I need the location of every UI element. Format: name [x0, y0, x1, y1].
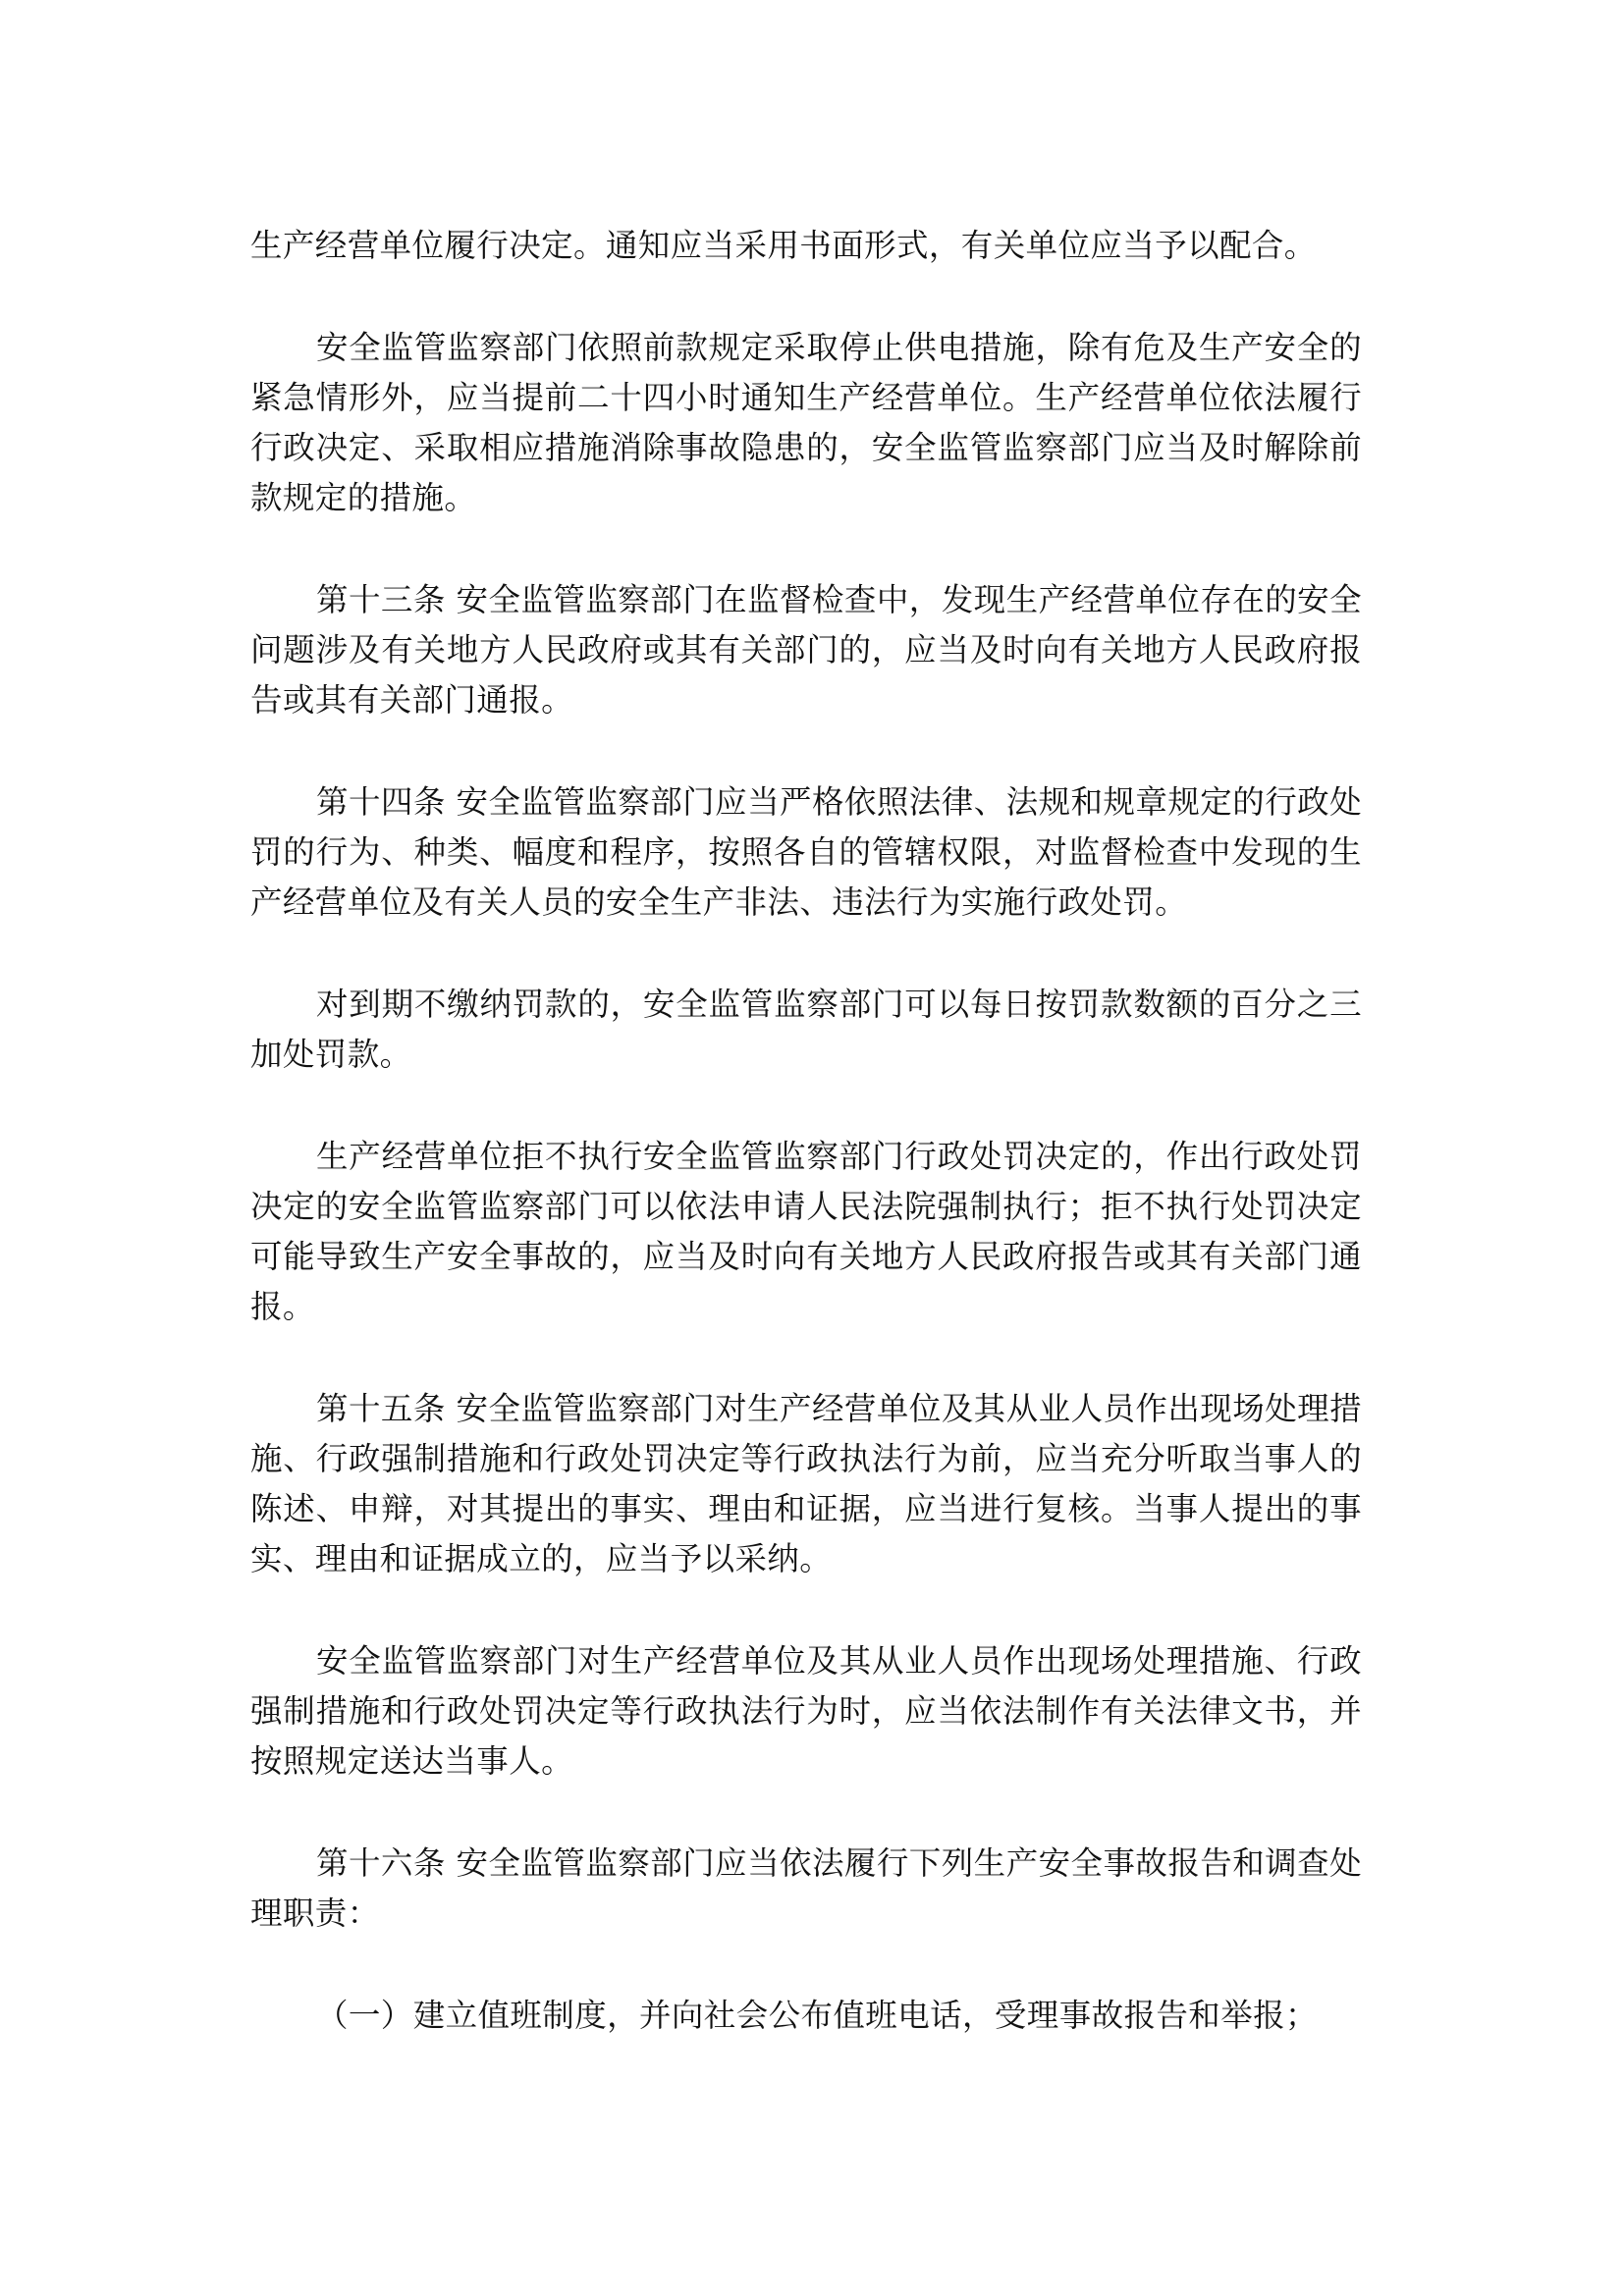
article-16-item-1: （一）建立值班制度，并向社会公布值班电话，受理事故报告和举报； [250, 1991, 1362, 2041]
article-13: 第十三条 安全监管监察部门在监督检查中，发现生产经营单位存在的安全问题涉及有关地… [250, 575, 1362, 725]
document-page: 生产经营单位履行决定。通知应当采用书面形式，有关单位应当予以配合。 安全监管监察… [250, 221, 1362, 2093]
paragraph-late-fine: 对到期不缴纳罚款的，安全监管监察部门可以每日按罚款数额的百分之三加处罚款。 [250, 980, 1362, 1080]
paragraph-continuation: 生产经营单位履行决定。通知应当采用书面形式，有关单位应当予以配合。 [250, 221, 1362, 271]
paragraph-enforcement: 生产经营单位拒不执行安全监管监察部门行政处罚决定的，作出行政处罚决定的安全监管监… [250, 1132, 1362, 1332]
paragraph-legal-documents: 安全监管监察部门对生产经营单位及其从业人员作出现场处理措施、行政强制措施和行政处… [250, 1636, 1362, 1787]
paragraph-power-cut-measures: 安全监管监察部门依照前款规定采取停止供电措施，除有危及生产安全的紧急情形外，应当… [250, 323, 1362, 523]
article-14: 第十四条 安全监管监察部门应当严格依照法律、法规和规章规定的行政处罚的行为、种类… [250, 777, 1362, 928]
article-15: 第十五条 安全监管监察部门对生产经营单位及其从业人员作出现场处理措施、行政强制措… [250, 1384, 1362, 1584]
article-16: 第十六条 安全监管监察部门应当依法履行下列生产安全事故报告和调查处理职责： [250, 1839, 1362, 1939]
